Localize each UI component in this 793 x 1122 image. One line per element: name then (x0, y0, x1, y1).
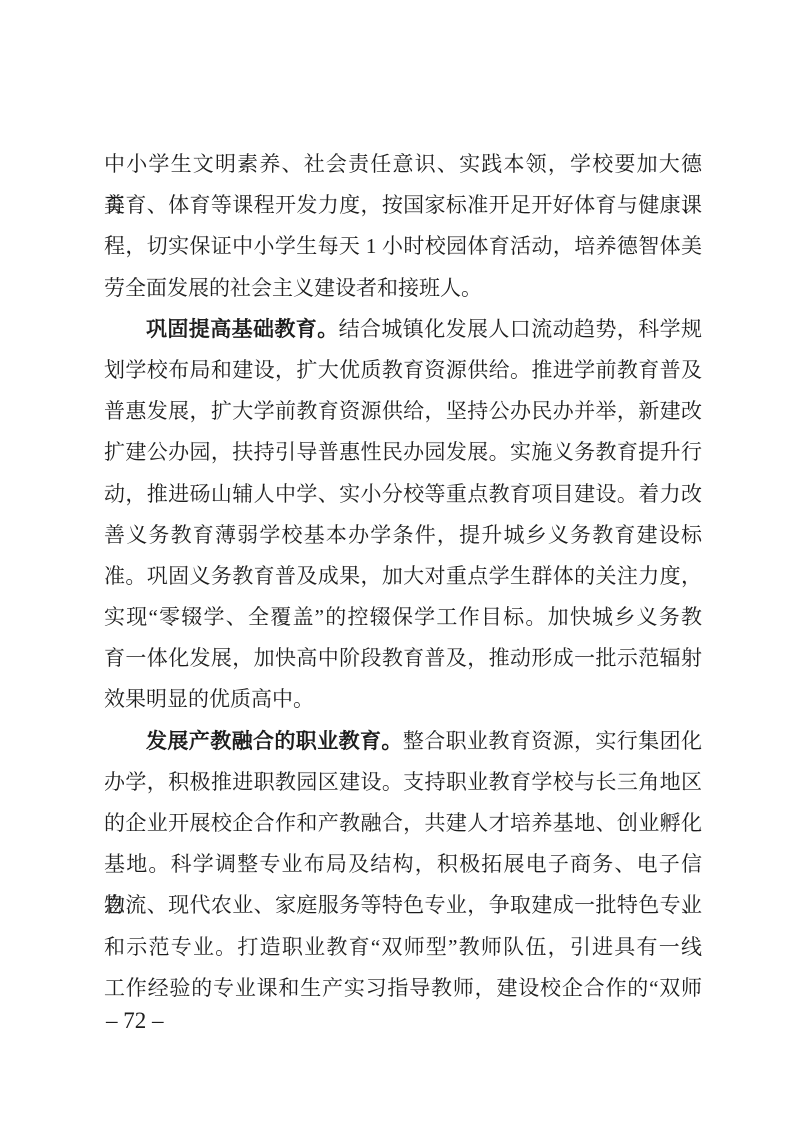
text-line: 动，推进砀山辅人中学、实小分校等重点教育项目建设。着力改 (104, 474, 702, 515)
page-footer: – 72 – (106, 1008, 164, 1034)
text-line: 善义务教育薄弱学校基本办学条件，提升城乡义务教育建设标 (104, 515, 702, 556)
text-line: 育一体化发展，加快高中阶段教育普及，推动形成一批示范辐射 (104, 638, 702, 679)
document-page: 中小学生文明素养、社会责任意识、实践本领，学校要加大德育、美育、体育等课程开发力… (0, 0, 793, 1122)
paragraph-lead: 发展产教融合的职业教育。 (146, 730, 403, 753)
text-line: 和示范专业。打造职业教育“双师型”教师队伍，引进具有一线 (104, 927, 702, 968)
text-line: 巩固提高基础教育。结合城镇化发展人口流动趋势，科学规 (104, 309, 702, 350)
paragraph: 中小学生文明素养、社会责任意识、实践本领，学校要加大德育、美育、体育等课程开发力… (104, 144, 702, 309)
text-line: 划学校布局和建设，扩大优质教育资源供给。推进学前教育普及 (104, 350, 702, 391)
text-line: 程，切实保证中小学生每天 1 小时校园体育活动，培养德智体美 (104, 226, 702, 267)
text-line: 物流、现代农业、家庭服务等特色专业，争取建成一批特色专业 (104, 885, 702, 926)
page-number: – 72 – (106, 1008, 164, 1033)
text-line: 普惠发展，扩大学前教育资源供给，坚持公办民办并举，新建改 (104, 391, 702, 432)
text-line: 中小学生文明素养、社会责任意识、实践本领，学校要加大德育、 (104, 144, 702, 185)
text-line: 扩建公办园，扶持引导普惠性民办园发展。实施义务教育提升行 (104, 432, 702, 473)
text-line: 效果明显的优质高中。 (104, 679, 702, 720)
paragraph-lead: 巩固提高基础教育。 (146, 318, 339, 341)
text-line: 发展产教融合的职业教育。整合职业教育资源，实行集团化 (104, 721, 702, 762)
text-line: 的企业开展校企合作和产教融合，共建人才培养基地、创业孵化 (104, 803, 702, 844)
text-line: 美育、体育等课程开发力度，按国家标准开足开好体育与健康课 (104, 185, 702, 226)
text-line: 基地。科学调整专业布局及结构，积极拓展电子商务、电子信息、 (104, 844, 702, 885)
text-line: 办学，积极推进职教园区建设。支持职业教育学校与长三角地区 (104, 762, 702, 803)
text-line: 工作经验的专业课和生产实习指导教师，建设校企合作的“双师 (104, 968, 702, 1009)
text-line: 准。巩固义务教育普及成果，加大对重点学生群体的关注力度， (104, 556, 702, 597)
paragraph: 巩固提高基础教育。结合城镇化发展人口流动趋势，科学规划学校布局和建设，扩大优质教… (104, 309, 702, 721)
document-body: 中小学生文明素养、社会责任意识、实践本领，学校要加大德育、美育、体育等课程开发力… (104, 144, 702, 1009)
text-line: 劳全面发展的社会主义建设者和接班人。 (104, 268, 702, 309)
paragraph: 发展产教融合的职业教育。整合职业教育资源，实行集团化办学，积极推进职教园区建设。… (104, 721, 702, 1009)
text-line: 实现“零辍学、全覆盖”的控辍保学工作目标。加快城乡义务教 (104, 597, 702, 638)
